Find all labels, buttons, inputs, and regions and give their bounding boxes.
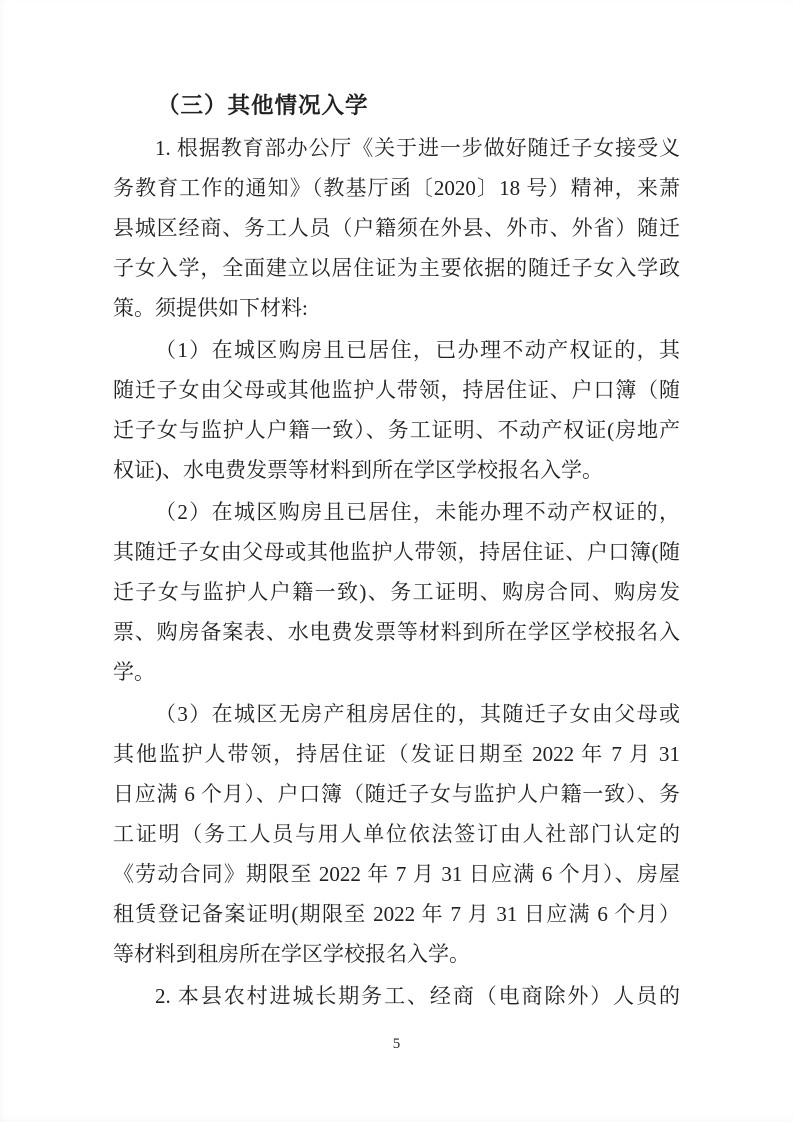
paragraph-line: 2. 本县农村进城长期务工、经商（电商除外）人员的 — [113, 976, 680, 1016]
paragraph-line: 日应满 6 个月）、户口簿（随迁子女与监护人户籍一致）、务 — [113, 774, 680, 814]
para-rural-workers: 2. 本县农村进城长期务工、经商（电商除外）人员的 — [113, 976, 680, 1016]
paragraph-line: 其他监护人带领，持居住证（发证日期至 2022 年 7 月 31 — [113, 734, 680, 774]
paragraph-line: （2）在城区购房且已居住，未能办理不动产权证的， — [113, 492, 680, 532]
document-page: （三）其他情况入学 1. 根据教育部办公厅《关于进一步做好随迁子女接受义务教育工… — [0, 0, 793, 1122]
paragraph-line: 权证)、水电费发票等材料到所在学区学校报名入学。 — [113, 450, 680, 490]
paragraph-line: 迁子女与监护人户籍一致）、务工证明、不动产权证(房地产 — [113, 410, 680, 450]
paragraph-line: 工证明（务工人员与用人单位依法签订由人社部门认定的 — [113, 814, 680, 854]
paragraph-line: 票、购房备案表、水电费发票等材料到所在学区学校报名入 — [113, 612, 680, 652]
paragraph-line: 子女入学，全面建立以居住证为主要依据的随迁子女入学政 — [113, 248, 680, 288]
section-heading: （三）其他情况入学 — [113, 84, 680, 128]
paragraph-line: （3）在城区无房产租房居住的，其随迁子女由父母或 — [113, 694, 680, 734]
paragraph-line: 租赁登记备案证明(期限至 2022 年 7 月 31 日应满 6 个月） — [113, 894, 680, 934]
paragraph-line: 等材料到租房所在学区学校报名入学。 — [113, 934, 680, 974]
paragraph-line: 策。须提供如下材料: — [113, 288, 680, 328]
para-intro: 1. 根据教育部办公厅《关于进一步做好随迁子女接受义务教育工作的通知》（教基厅函… — [113, 128, 680, 328]
para-item-2: （2）在城区购房且已居住，未能办理不动产权证的，其随迁子女由父母或其他监护人带领… — [113, 492, 680, 692]
document-content: （三）其他情况入学 1. 根据教育部办公厅《关于进一步做好随迁子女接受义务教育工… — [113, 84, 680, 1018]
paragraph-line: 《劳动合同》期限至 2022 年 7 月 31 日应满 6 个月）、房屋 — [113, 854, 680, 894]
paragraph-line: 学。 — [113, 652, 680, 692]
paragraph-line: 迁子女与监护人户籍一致)、务工证明、购房合同、购房发 — [113, 572, 680, 612]
paragraph-line: 其随迁子女由父母或其他监护人带领，持居住证、户口簿(随 — [113, 532, 680, 572]
paragraph-line: 随迁子女由父母或其他监护人带领，持居住证、户口簿（随 — [113, 370, 680, 410]
paragraph-line: （1）在城区购房且已居住，已办理不动产权证的，其 — [113, 330, 680, 370]
paragraphs-container: 1. 根据教育部办公厅《关于进一步做好随迁子女接受义务教育工作的通知》（教基厅函… — [113, 128, 680, 1016]
page-number: 5 — [0, 1034, 793, 1054]
paragraph-line: 县城区经商、务工人员（户籍须在外县、外市、外省）随迁 — [113, 208, 680, 248]
para-item-3: （3）在城区无房产租房居住的，其随迁子女由父母或其他监护人带领，持居住证（发证日… — [113, 694, 680, 974]
paragraph-line: 1. 根据教育部办公厅《关于进一步做好随迁子女接受义 — [113, 128, 680, 168]
paragraph-line: 务教育工作的通知》（教基厅函〔2020〕18 号）精神，来萧 — [113, 168, 680, 208]
para-item-1: （1）在城区购房且已居住，已办理不动产权证的，其随迁子女由父母或其他监护人带领，… — [113, 330, 680, 490]
